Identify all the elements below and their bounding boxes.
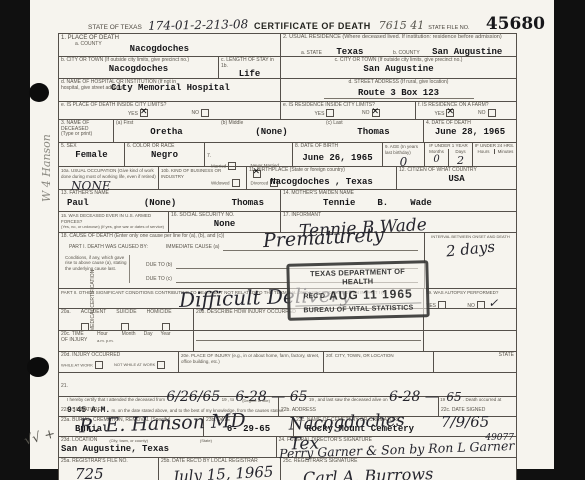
degree-label: (Degree or title) xyxy=(242,398,270,404)
immediate-cause-label: IMMEDIATE CAUSE (a) xyxy=(166,245,220,251)
autopsy-no-checkbox xyxy=(477,301,485,309)
autopsy-yes-checkbox xyxy=(438,301,446,309)
field-residence-farm: f. IS RESIDENCE ON A FARM? YES NO xyxy=(416,102,516,119)
occupation-label: 10a. USUAL OCCUPATION (Give kind of work… xyxy=(61,168,156,179)
physician-address-hw: Nacogdoches Tex xyxy=(288,409,436,454)
while-work-checkbox xyxy=(95,361,103,369)
stamp-bureau: BUREAU OF VITAL STATISTICS xyxy=(295,302,421,314)
certificate-form: 1. PLACE OF DEATH a. COUNTY Nacogdoches … xyxy=(58,33,517,480)
field-death-city-limits: e. IS PLACE OF DEATH INSIDE CITY LIMITS?… xyxy=(59,102,281,119)
injury-year-label: Year xyxy=(160,332,170,344)
length-of-stay-label: c. LENGTH OF STAY in 1b. xyxy=(221,58,278,69)
not-while-label: NOT WHILE AT WORK xyxy=(114,362,155,367)
date-of-birth-value: June 26, 1965 xyxy=(295,153,380,163)
field-father-name: 13. FATHER'S NAME Paul (None) Thomas xyxy=(59,190,281,211)
field-date-of-death: 4. DATE OF DEATH June 28, 1965 xyxy=(424,120,516,142)
mother-middle: B. xyxy=(377,198,388,208)
field-ssn: 16. SOCIAL SECURITY NO. None xyxy=(169,212,281,232)
field-usual-residence: 2. USUAL RESIDENCE (Where deceased lived… xyxy=(281,34,516,56)
date-of-birth-label: 8. DATE OF BIRTH xyxy=(295,144,380,150)
injury-a-label: 20a. xyxy=(61,310,71,316)
first-name-value: Oretha xyxy=(116,127,217,137)
death-limits-yes-checkbox xyxy=(140,109,148,117)
farm-yes-label: YES xyxy=(434,110,444,116)
father-middle: (None) xyxy=(144,198,176,208)
field-armed-forces: 15. WAS DECEASED EVER IN U.S. ARMED FORC… xyxy=(59,212,169,232)
homicide-checkbox xyxy=(162,323,170,331)
scanned-death-certificate: TEXAS DEPARTMENT OF HEALTH — BUREAU OF V… xyxy=(0,0,585,480)
last-name-value: Thomas xyxy=(326,127,421,137)
field-registrar-signature: 25c. REGISTRAR'S SIGNATURE Carl A. Burro… xyxy=(281,458,516,480)
residence-city-value: San Augustine xyxy=(283,64,514,74)
field-physician-signature: 22a. SIGNATURE (Degree or title) R. E. H… xyxy=(59,397,279,416)
father-first: Paul xyxy=(67,198,89,208)
field-registrar-date: 25b. DATE REC'D BY LOCAL REGISTRAR July … xyxy=(159,458,281,480)
sex-value: Female xyxy=(61,150,122,160)
due-to-c-label: DUE TO (c) xyxy=(146,277,172,283)
field-injury-occurred: 20d. INJURY OCCURRED WHILE AT WORK NOT W… xyxy=(59,352,179,372)
field-physician-address: 22b. ADDRESS Nacogdoches Tex xyxy=(279,397,439,416)
field-marital-status: 7. Married Never Married Widowed Divorce… xyxy=(205,143,293,166)
marital-label: 7. xyxy=(207,153,211,159)
field-date-of-birth: 8. DATE OF BIRTH June 26, 1965 xyxy=(293,143,383,166)
residence-state-value: Texas xyxy=(336,47,363,57)
injury-d-label: 20d. INJURY OCCURRED xyxy=(61,353,176,359)
residence-state: a. STATE Texas xyxy=(283,41,393,59)
farm-no-checkbox xyxy=(488,109,496,117)
business-label: 10b. KIND OF BUSINESS OR INDUSTRY xyxy=(161,168,244,179)
field-occupation: 10a. USUAL OCCUPATION (Give kind of work… xyxy=(59,167,159,189)
field-middle-name: (b) Middle (None) xyxy=(219,120,324,142)
field-burial-location: 23d. LOCATION (City, town, or county) (S… xyxy=(59,437,277,457)
field-city-of-death: b. CITY OR TOWN (If outside city limits,… xyxy=(59,57,219,78)
location-sub2: (State) xyxy=(200,438,212,444)
residence-county-value: San Augustine xyxy=(432,47,502,57)
field-first-name: (a) First Oretha xyxy=(114,120,219,142)
hospital-value: City Memorial Hospital xyxy=(111,83,278,93)
field-registrar-file: 25a. REGISTRAR'S FILE NO. 725 xyxy=(59,458,159,480)
file-number: 45680 xyxy=(486,14,545,34)
field-certification: 21. I hereby certify that I attended the… xyxy=(59,373,516,396)
county-value: Nacogdoches xyxy=(130,44,189,54)
field-injury-city: 20f. CITY, TOWN, OR LOCATION xyxy=(324,352,434,372)
received-stamp: TEXAS DEPARTMENT OF HEALTH REC'D AUG 11 … xyxy=(286,260,429,321)
funeral-number-hw: 49077 xyxy=(485,433,514,443)
field-place-of-injury: 20e. PLACE OF INJURY (e.g., in or about … xyxy=(179,352,324,372)
injury-month-label: Month xyxy=(122,332,136,344)
age-minutes: Minutes xyxy=(495,149,516,155)
autopsy-no-label: NO xyxy=(467,303,475,309)
death-limits-yes-label: YES xyxy=(128,110,138,116)
field-age: 9. AGE (In years last birthday) 0 xyxy=(383,143,425,166)
age-hours: Hours xyxy=(473,149,495,155)
signature-label: 22a. SIGNATURE xyxy=(61,407,101,413)
farm-yes-checkbox xyxy=(446,109,454,117)
field-last-name: (c) Last Thomas xyxy=(324,120,424,142)
street-address-label: d. STREET ADDRESS (If rural, give locati… xyxy=(283,80,514,86)
residence-limits-no-checkbox xyxy=(372,109,380,117)
injury-right-blank xyxy=(424,309,516,330)
header: STATE OF TEXAS 174-01-2-213-08 CERTIFICA… xyxy=(88,14,545,34)
injury-state-label: STATE xyxy=(436,353,514,359)
stamp-agency: TEXAS DEPARTMENT OF HEALTH xyxy=(294,266,420,287)
mother-last: Wade xyxy=(410,198,432,208)
death-limits-no-label: NO xyxy=(192,110,200,116)
due-to-b-label: DUE TO (b) xyxy=(146,263,172,269)
registrar-date-hw: July 15, 1965 xyxy=(173,462,279,480)
location-sub: (City, town, or county) xyxy=(109,438,148,444)
age-days: Days 2 xyxy=(449,149,472,168)
field-place-of-death: 1. PLACE OF DEATH a. COUNTY Nacogdoches xyxy=(59,34,281,56)
field-race: 6. COLOR OR RACE Negro xyxy=(125,143,205,166)
field-business: 10b. KIND OF BUSINESS OR INDUSTRY xyxy=(159,167,247,189)
cause-conditions-note: Conditions, if any, which gave rise to a… xyxy=(65,255,130,283)
stamp-recd: REC'D xyxy=(303,292,325,300)
armed-forces-label: 15. WAS DECEASED EVER IN U.S. ARMED FORC… xyxy=(61,213,166,224)
injury-right-blank2 xyxy=(424,331,516,351)
name-title-sub: (Type or print) xyxy=(61,132,111,138)
middle-name-value: (None) xyxy=(221,127,322,137)
birthplace-value: Nacogdoches , Texas xyxy=(249,177,394,187)
hole-punch-bottom xyxy=(27,357,49,377)
length-of-stay-value: Life xyxy=(221,69,278,79)
location-label: 23d. LOCATION xyxy=(61,438,97,444)
injury-c-label: 20c. TIME OF INJURY xyxy=(61,332,89,344)
field-street-address: d. STREET ADDRESS (If rural, give locati… xyxy=(281,79,516,101)
mother-first: Tennie xyxy=(323,198,355,208)
residence-limits-yes-label: YES xyxy=(314,110,324,116)
burial-location-value: San Augustine, Texas xyxy=(61,444,274,454)
injury-f-label: 20f. CITY, TOWN, OR LOCATION xyxy=(326,353,431,359)
death-limits-no-checkbox xyxy=(201,109,209,117)
birthplace-label: 11. BIRTHPLACE (State or foreign country… xyxy=(249,168,394,174)
field-under-24-hrs: IF UNDER 24 HRS. Hours Minutes xyxy=(473,143,516,166)
field-hospital: d. NAME OF HOSPITAL OR INSTITUTION (If n… xyxy=(59,79,281,101)
field-citizen: 12. CITIZEN OF WHAT COUNTRY USA xyxy=(397,167,516,189)
registrar-file-value: 725 xyxy=(75,465,156,480)
accident-checkbox xyxy=(81,323,89,331)
farm-no-label: NO xyxy=(478,110,486,116)
field-name-title: 3. NAME OF DECEASED (Type or print) xyxy=(59,120,114,142)
age-months-hw: 0 xyxy=(425,154,448,165)
address-label: 22b. ADDRESS xyxy=(281,407,316,413)
armed-forces-sub: (Yes, no, or unknown) (If yes, give war … xyxy=(61,224,166,230)
stamp-date: AUG 11 1965 xyxy=(329,287,413,303)
field-interval: INTERVAL BETWEEN ONSET AND DEATH 2 days xyxy=(424,233,516,288)
father-last: Thomas xyxy=(232,198,264,208)
field-time-of-injury: 20c. TIME OF INJURY Houra.m. p.m. Month … xyxy=(59,331,194,351)
state-file-no-label: STATE FILE NO. xyxy=(428,25,469,32)
field-residence-city-limits: e. IS RESIDENCE INSIDE CITY LIMITS? YES … xyxy=(281,102,416,119)
hw-registration-number: 174-01-2-213-08 xyxy=(148,17,248,33)
age-days-hw: 2 xyxy=(449,154,472,167)
street-address-value: Route 3 Box 123 xyxy=(324,88,474,99)
scan-edge-right xyxy=(554,0,585,480)
autopsy-no-mark-hw: ✓ xyxy=(488,296,498,310)
field-sex: 5. SEX Female xyxy=(59,143,125,166)
residence-limits-yes-checkbox xyxy=(326,109,334,117)
field-birthplace: 11. BIRTHPLACE (State or foreign country… xyxy=(247,167,397,189)
field-under-1-year: IF UNDER 1 YEAR Months 0 Days 2 xyxy=(425,143,473,166)
field-date-signed: 22c. DATE SIGNED 7/9/65 xyxy=(439,397,516,416)
suicide-checkbox xyxy=(121,323,129,331)
injury-e-label: 20e. PLACE OF INJURY (e.g., in or about … xyxy=(181,353,321,364)
certify-num: 21. xyxy=(61,383,68,389)
residence-county: b. COUNTY San Augustine xyxy=(393,41,514,59)
field-length-of-stay: c. LENGTH OF STAY in 1b. Life xyxy=(219,57,281,78)
age-label: 9. AGE (In years last birthday) xyxy=(385,144,422,155)
county-label: a. COUNTY xyxy=(75,42,102,54)
field-autopsy: 19. WAS AUTOPSY PERFORMED? YES NO ✓ xyxy=(424,289,516,308)
city-of-death-value: Nacogdoches xyxy=(61,64,216,74)
hw-file-code: 7615 41 xyxy=(379,19,425,32)
residence-limits-no-label: NO xyxy=(362,110,370,116)
age-months: Months 0 xyxy=(425,149,449,168)
while-work-label: WHILE AT WORK xyxy=(61,362,93,367)
residence-state-label: a. STATE xyxy=(301,50,322,56)
citizen-value: USA xyxy=(399,174,514,184)
field-injury-type: 20a. ACCIDENT SUICIDE HOMICIDE xyxy=(59,309,194,330)
homicide-label: HOMICIDE xyxy=(147,310,172,316)
suicide-label: SUICIDE xyxy=(116,310,136,316)
date-of-death-value: June 28, 1965 xyxy=(426,127,514,137)
residence-county-label: b. COUNTY xyxy=(393,50,420,56)
injury-day-label: Day xyxy=(144,332,153,344)
hole-punch-top xyxy=(29,83,49,102)
field-residence-city: c. CITY OR TOWN (If outside city limits,… xyxy=(281,57,516,78)
ssn-value: None xyxy=(171,219,278,229)
injury-hour-label: Houra.m. p.m. xyxy=(97,332,114,344)
not-while-checkbox xyxy=(157,361,165,369)
state-of-texas-label: STATE OF TEXAS xyxy=(88,25,142,32)
medical-certification-vertical: MEDICAL CERTIFICATION xyxy=(90,240,96,360)
race-value: Negro xyxy=(127,150,202,160)
field-mother-name: 14. MOTHER'S MAIDEN NAME Tennie B. Wade xyxy=(281,190,516,211)
field-injury-state: STATE xyxy=(434,352,516,372)
cause-part1-label: PART I. DEATH WAS CAUSED BY: xyxy=(69,245,148,251)
page-title: CERTIFICATE OF DEATH xyxy=(254,21,371,31)
hw-margin-name: W 4 Hanson xyxy=(40,118,53,218)
injury-description-line xyxy=(194,331,424,351)
